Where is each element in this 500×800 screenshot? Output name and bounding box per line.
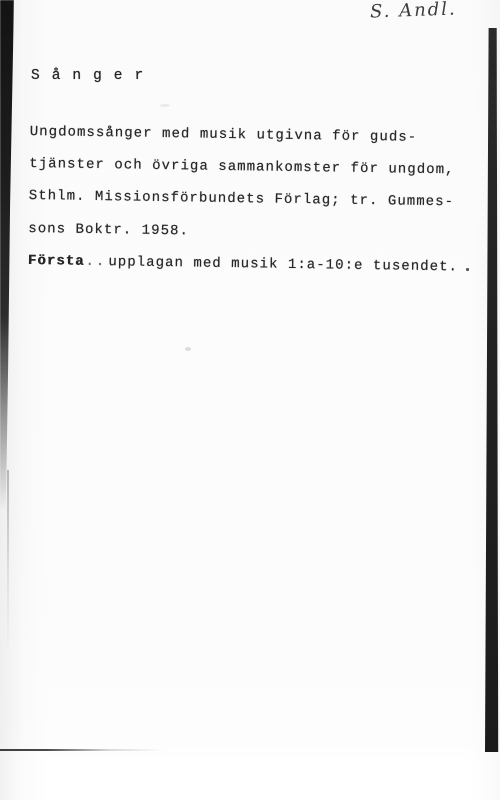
left-edge-faint-line — [7, 470, 9, 655]
paper-smudge — [160, 104, 170, 107]
card-title: Sånger — [31, 68, 155, 84]
faint-typewriter-dots: .. — [85, 254, 106, 270]
left-scan-edge-shadow — [0, 0, 14, 510]
edition-rest-text: upplagan med musik 1:a-10:e tusendet. — [108, 254, 458, 275]
scanned-catalog-card: S. Andl. Sånger Ungdomssånger med musik … — [0, 0, 500, 800]
edition-bold-word: Första — [28, 253, 85, 270]
paper-speck — [185, 347, 191, 351]
card-bottom-edge-line — [0, 749, 210, 751]
handwritten-annotation: S. Andl. — [370, 0, 457, 23]
edition-line: Första..upplagan med musik 1:a-10:e tuse… — [28, 245, 493, 284]
card-body-text: Ungdomssånger med musik utgivna för guds… — [28, 116, 495, 284]
ink-speck — [466, 268, 469, 271]
